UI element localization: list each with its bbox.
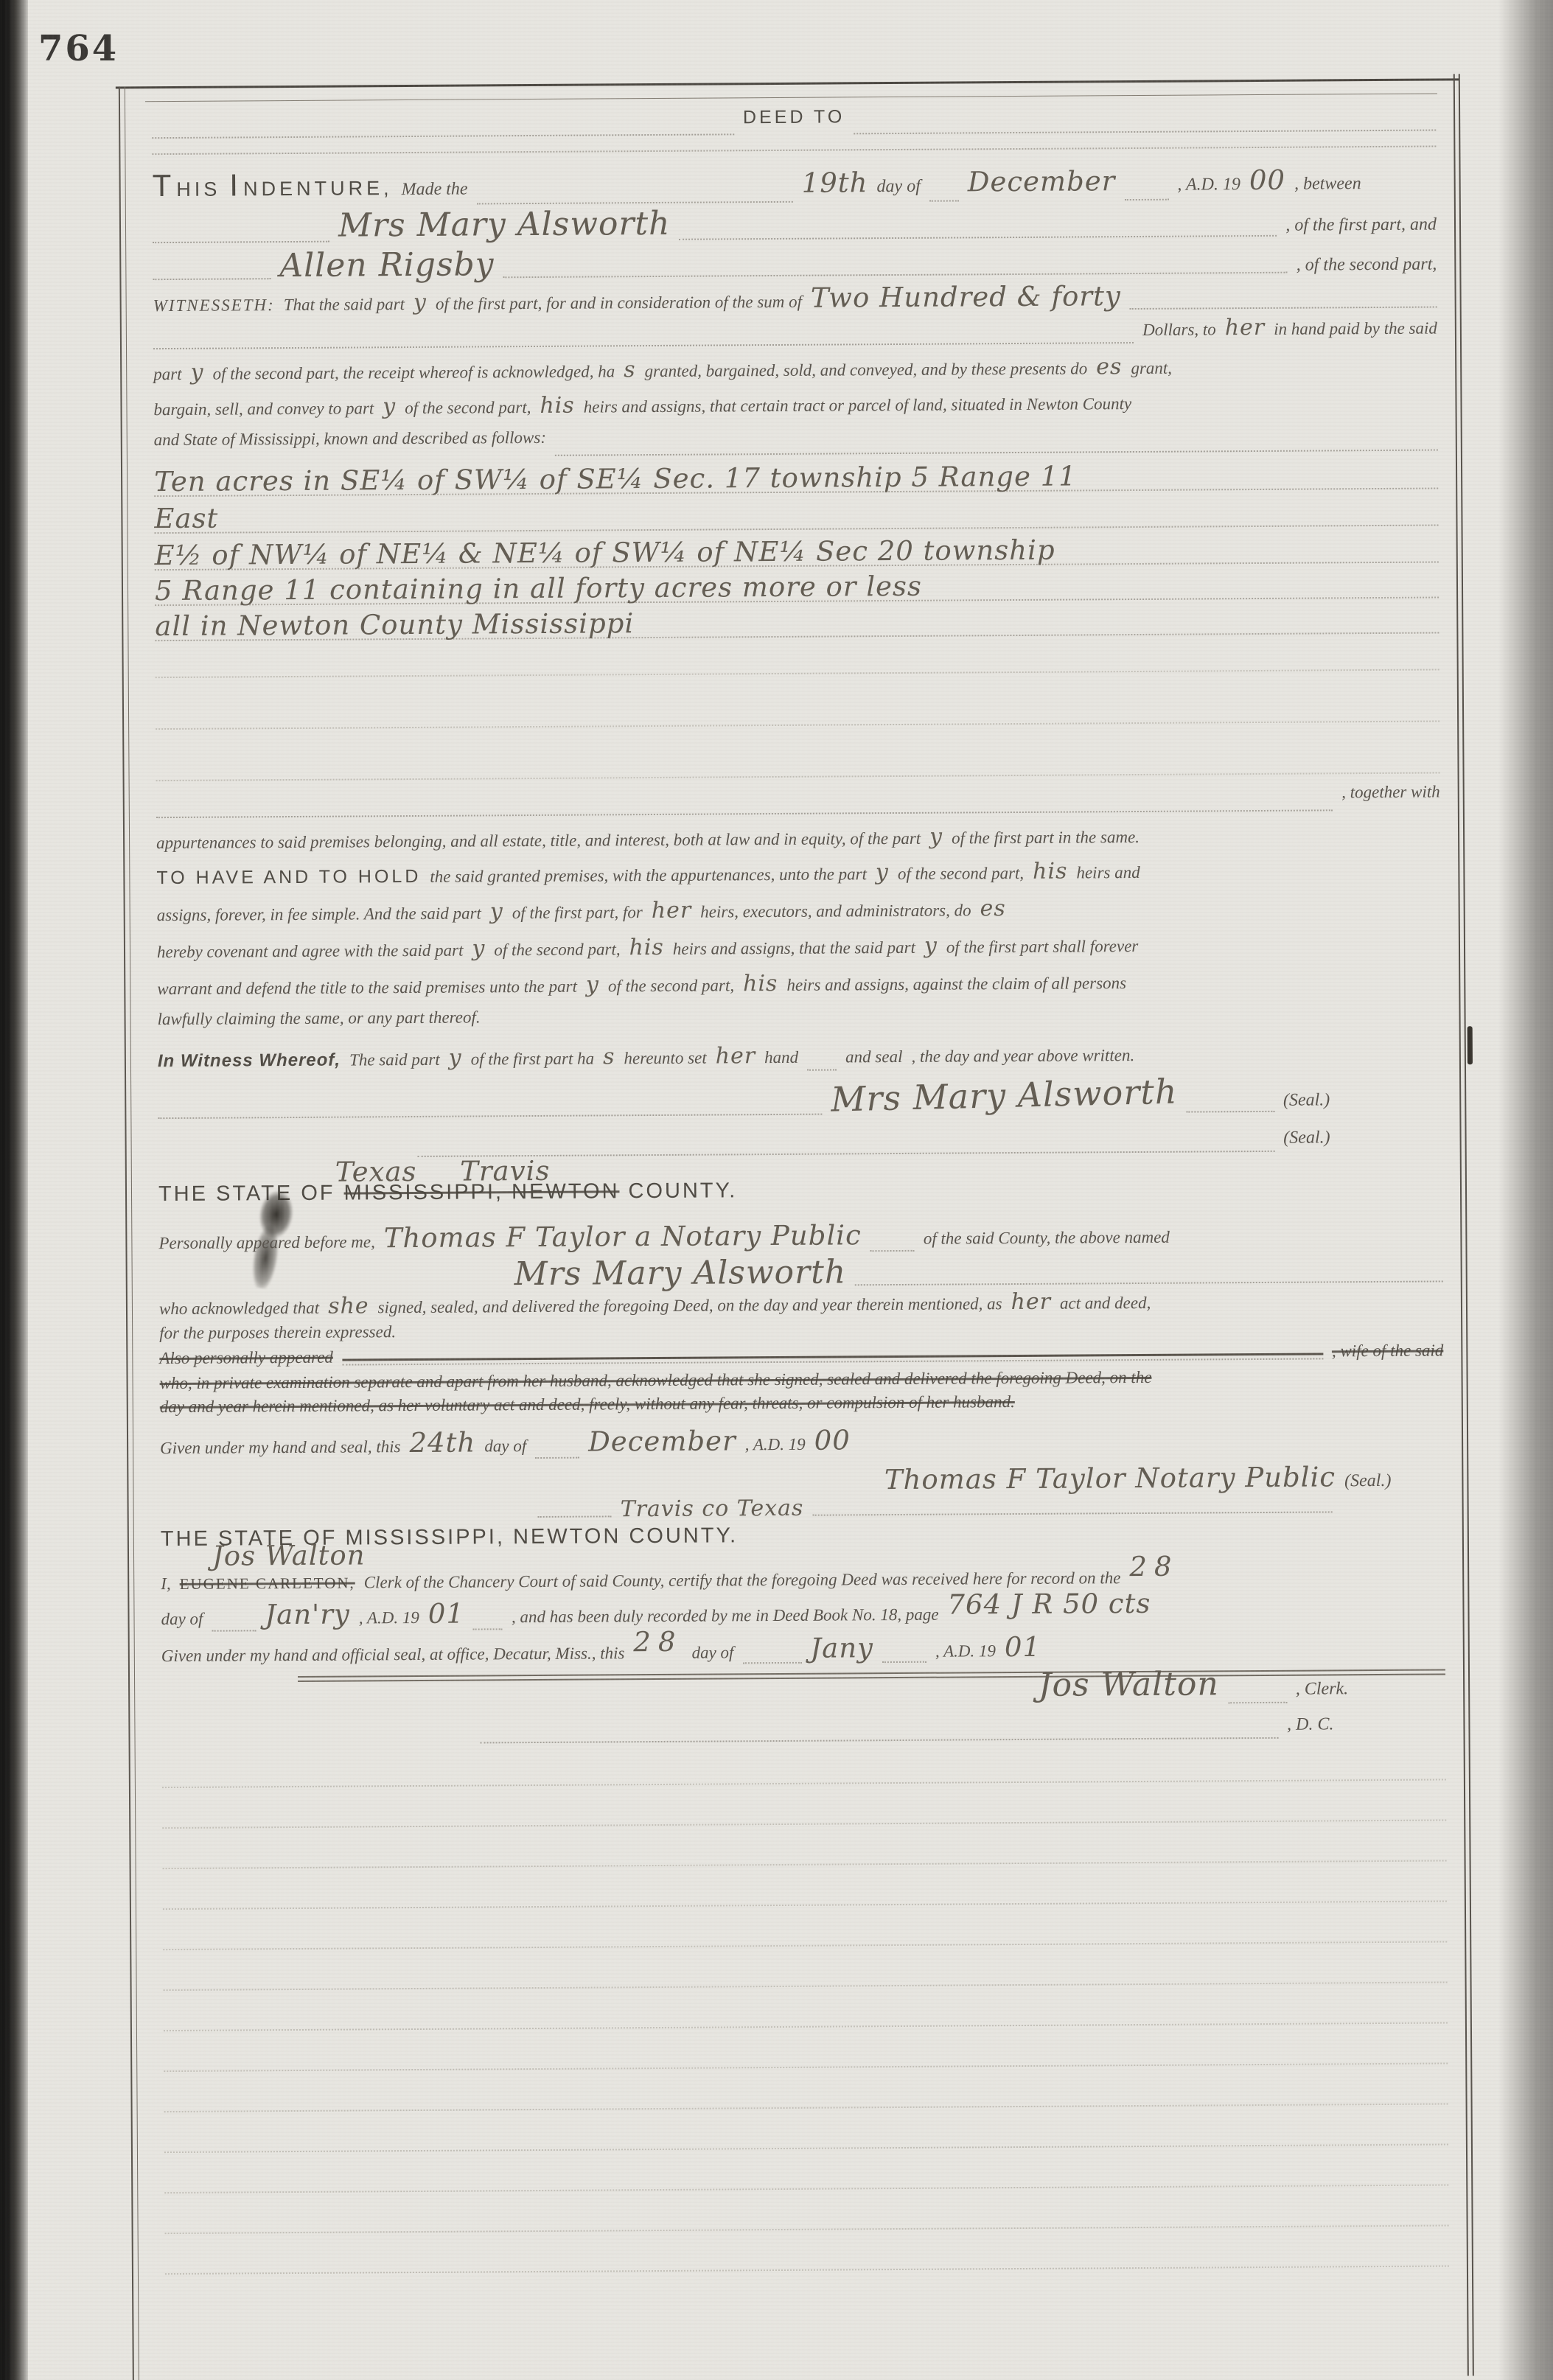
form-text: part [153,365,182,384]
dotted-fill [473,1622,503,1630]
blank-dotted-line [163,1851,1447,1874]
blank-dotted-line [156,652,1439,683]
handwritten-letter: es [980,896,1005,921]
form-text: of the second part, [494,940,620,960]
together-with-line: , together with [156,782,1440,824]
form-text: I, [161,1574,171,1594]
form-text: day of [161,1610,203,1629]
form-header: DEED TO [743,106,845,128]
blank-dotted-line [162,1770,1446,1793]
form-text: for the purposes therein expressed. [159,1322,396,1343]
dotted-fill [680,229,1277,240]
spacer [1339,1142,1442,1142]
form-text: warrant and defend the title to the said… [157,977,577,999]
form-text: of the second part, [405,398,531,418]
blank-dotted-line [164,2094,1448,2117]
handwritten-letter: y [490,898,503,924]
form-text: hand [764,1048,798,1067]
clerk-name-struck: EUGENE CARLETON, [180,1574,355,1594]
form-content: DEED TO T HIS I NDENTURE, Made the 19th … [152,74,1450,2380]
county-heading-text: COUNTY. [628,1179,737,1204]
notary-name: Thomas F Taylor a Notary Public [384,1219,862,1254]
clerk-signature-line: Jos Walton , Clerk. [161,1664,1445,1716]
dotted-fill [854,124,1436,135]
blank-dotted-line [164,2135,1448,2157]
form-text: of the second part, [898,864,1024,884]
form-text: and State of Mississippi, known and desc… [154,428,546,450]
handwritten-pronoun: her [1011,1289,1051,1315]
clerk-name-handwritten: Jos Walton [212,1539,366,1571]
handwritten-month: Jan'ry [265,1599,350,1631]
dotted-fill [742,1656,801,1664]
form-text: of the first part ha [471,1050,595,1069]
handwritten-pronoun: his [540,393,575,419]
dotted-fill [535,1451,579,1459]
blank-dotted-line [164,2175,1448,2198]
form-text: the said granted premises, with the appu… [430,865,867,887]
form-text: act and deed, [1060,1294,1151,1313]
spacer [1370,189,1437,189]
handwritten-year: 01 [428,1598,464,1630]
form-text: hereunto set [624,1049,706,1069]
form-text: Made the [401,180,467,200]
dotted-fill [156,803,1333,818]
blank-dotted-line [164,2053,1448,2076]
title-word: NDENTURE, [243,177,393,200]
title-initial: I [229,167,242,203]
handwritten-day: 28 [633,1626,683,1658]
acknowledged-name: Mrs Mary Alsworth [514,1253,847,1293]
dotted-fill [855,1274,1443,1285]
seal-label: (Seal.) [1283,1090,1330,1110]
handwritten-state-county: Texas Travis [335,1155,551,1188]
spacer [161,1517,529,1519]
dotted-fill [481,1731,1279,1744]
form-text: bargain, sell, and convey to part [153,399,374,419]
land-description-text: East [154,503,218,535]
land-description-line: Ten acres in SE¼ of SW¼ of SE¼ Sec. 17 t… [154,458,1438,501]
frame-right-rule [1453,74,1474,2376]
spacer [161,1696,1030,1701]
land-description-text: Ten acres in SE¼ of SW¼ of SE¼ Sec. 17 t… [154,460,1077,498]
form-text: signed, sealed, and delivered the forego… [378,1294,1002,1317]
handwritten-letter: y [190,360,203,385]
habendum-line-4: warrant and defend the title to the said… [157,966,1441,1008]
handwritten-letter: y [586,971,599,997]
grantor-signature-line: Mrs Mary Alsworth (Seal.) [158,1072,1442,1125]
form-text: of the said County, the above named [924,1228,1170,1249]
form-text: That the said part [284,295,405,315]
appurtenances-line: appurtenances to said premises belonging… [156,820,1440,862]
land-description-line: all in Newton County Mississippi [155,602,1439,646]
handwritten-month: December [968,165,1116,198]
dotted-fill [1228,1696,1287,1703]
form-text: heirs and assigns, that the said part [673,938,915,959]
handwritten-letter: y [924,933,938,959]
dotted-fill [158,1108,822,1120]
habendum-line-3: hereby covenant and agree with the said … [157,929,1441,971]
grantee-name: Allen Rigsby [279,245,495,285]
handwritten-letter: y [413,290,427,315]
deputy-clerk-label: , D. C. [1287,1714,1334,1734]
struck-dotted-fill [342,1349,1323,1365]
spacer [1342,1728,1445,1729]
blank-dotted-line [164,2013,1448,2036]
spacer [162,1735,472,1737]
form-text: , Clerk. [1296,1679,1348,1699]
form-text: who acknowledged that [159,1299,319,1319]
habendum-line-2: assigns, forever, in fee simple. And the… [157,893,1441,935]
form-text: grant, [1131,359,1172,378]
dotted-fill [870,1244,915,1252]
blank-dotted-line [164,1972,1448,1995]
form-text: of the first part shall forever [946,937,1139,957]
granting-line-2: bargain, sell, and convey to part y of t… [153,388,1437,430]
grantor-name: Mrs Mary Alsworth [338,205,671,245]
form-text: Given under my hand and seal, this [160,1437,401,1458]
form-text: of the first part, for and in considerat… [436,293,802,314]
blank-dotted-line [162,1810,1446,1833]
handwritten-year: 00 [814,1424,851,1456]
blank-dotted-line [163,1891,1447,1914]
handwritten-letter: y [472,935,485,961]
dotted-fill [152,128,734,139]
handwritten-year: 01 [1005,1631,1041,1663]
handwritten-pronoun: her [1225,315,1266,341]
handwritten-letter: es [1096,354,1122,380]
deputy-clerk-line: , D. C. [161,1714,1445,1751]
form-text: , A.D. 19 [359,1608,419,1628]
handwritten-pronoun: her [652,898,692,924]
dotted-fill [153,235,329,243]
form-text: day of [484,1437,526,1456]
handwritten-month: December [588,1425,736,1457]
handwritten-letter: s [624,357,636,383]
consideration-amount: Two Hundred & forty [811,280,1121,314]
blank-dotted-line [156,755,1439,786]
granting-line-3: and State of Mississippi, known and desc… [154,423,1438,465]
form-header-line: DEED TO [152,103,1436,145]
form-text: , of the first part, and [1285,215,1437,236]
dotted-fill [1124,193,1168,200]
handwritten-pronoun: his [743,971,778,997]
spacer [1341,1511,1445,1512]
handwritten-year: 00 [1249,164,1285,196]
seal-label: (Seal.) [1344,1471,1391,1491]
struck-form-text: , wife of the said [1332,1341,1444,1361]
form-text: , and has been duly recorded by me in De… [512,1605,939,1627]
to-have-and-hold-label: TO HAVE AND TO HOLD [156,866,421,889]
spacer [1339,1104,1442,1105]
form-text: of the first part in the same. [952,828,1140,848]
land-description-text: all in Newton County Mississippi [155,607,634,642]
handwritten-month: Jany [810,1632,873,1664]
handwritten-letter: y [876,859,889,885]
handwritten-pronoun: she [328,1293,369,1319]
dotted-fill [555,443,1438,456]
blank-dotted-line [165,2216,1449,2238]
form-text: heirs and [1076,863,1140,883]
habendum-line-5: lawfully claiming the same, or any part … [157,1002,1441,1044]
dotted-fill [1186,1105,1274,1113]
form-text: day of [876,177,920,197]
dotted-fill [153,272,271,280]
scanned-deed-page: 764 DEED TO T HIS I NDENTURE, Made the 1… [0,0,1553,2380]
handwritten-day: 28 [1129,1551,1179,1582]
handwritten-letter: y [929,824,943,850]
dotted-fill [929,194,959,201]
form-text: Dollars, to [1142,320,1216,340]
blank-dotted-line [156,704,1439,734]
form-text: , together with [1341,782,1440,802]
struck-form-text: Also personally appeared [159,1348,333,1368]
dotted-fill [807,1063,837,1070]
handwritten-pronoun: her [716,1043,756,1069]
form-text: , A.D. 19 [745,1435,806,1455]
dotted-fill [812,1505,1332,1515]
dotted-fill [1130,301,1437,310]
granting-line-1: part y of the second part, the receipt w… [153,352,1437,394]
book-page-notation: 764 J R 50 cts [947,1588,1151,1621]
handwritten-letter: y [383,394,396,419]
dotted-fill [882,1655,926,1663]
blank-dotted-line [165,2256,1449,2279]
form-text: lawfully claiming the same, or any part … [157,1008,480,1029]
form-text: heirs and assigns, that certain tract or… [584,394,1132,417]
form-text: , the day and year above written. [911,1046,1134,1067]
handwritten-letter: y [449,1045,462,1071]
seal-label: (Seal.) [1283,1128,1330,1148]
handwritten-pronoun: his [629,935,664,960]
witnesseth-label: WITNESSETH: [153,296,275,315]
form-text: heirs, executors, and administrators, do [700,901,971,921]
dotted-fill [538,1510,612,1518]
frame-left-rule [119,86,139,2380]
form-text: heirs and assigns, against the claim of … [786,974,1126,995]
spacer [159,1285,506,1287]
state-heading-text: THE STATE OF [158,1182,335,1207]
form-text: of the second part, the receipt whereof … [212,362,615,383]
dotted-fill [477,195,793,205]
handwritten-day: 24th [409,1427,475,1459]
handwritten-letter: s [603,1044,615,1069]
land-description-text: E½ of NW¼ of NE¼ & NE¼ of SW¼ of NE¼ Sec… [155,534,1055,571]
dollars-line: Dollars, to her in hand paid by the said [153,314,1437,356]
form-text: , A.D. 19 [935,1641,996,1661]
notary-given-line: Given under my hand and seal, this 24th … [160,1420,1444,1467]
form-text: granted, bargained, sold, and conveyed, … [645,359,1088,381]
notary-signature: Thomas F Taylor Notary Public [884,1461,1336,1496]
title-word: HIS [176,178,220,201]
form-text: of the second part, [608,976,734,996]
spacer [1357,1693,1445,1694]
form-text: in hand paid by the said [1274,319,1437,339]
form-text: of the first part, for [512,903,643,923]
handwritten-day: 19th [802,167,868,199]
form-text: , A.D. 19 [1177,175,1240,195]
ink-mark [1468,1026,1473,1064]
land-description-line: East [154,495,1438,538]
form-text: Given under my hand and official seal, a… [161,1644,625,1666]
form-text: Personally appeared before me, [158,1232,375,1253]
form-text: and seal [845,1047,902,1067]
spacer [158,1148,409,1150]
land-description-text: 5 Range 11 containing in all forty acres… [155,570,922,607]
in-witness-label: In Witness Whereof, [158,1050,341,1072]
habendum-line-1: TO HAVE AND TO HOLD the said granted pre… [156,856,1440,898]
spacer [160,1489,875,1493]
dotted-fill [212,1624,256,1631]
form-sheet: DEED TO T HIS I NDENTURE, Made the 19th … [0,0,1553,2380]
dotted-fill [153,336,1134,349]
grantor-signature: Mrs Mary Alsworth [830,1072,1177,1120]
form-text: hereby covenant and agree with the said … [157,941,464,963]
acknowledgment-state-heading: THE STATE OF MISSISSIPPI, NEWTON COUNTY.… [158,1174,1442,1221]
handwritten-pronoun: his [1033,859,1068,884]
title-initial: T [153,168,175,203]
form-text: assigns, forever, in fee simple. And the… [157,904,481,925]
form-text: appurtenances to said premises belonging… [156,829,921,853]
form-text: The said part [349,1050,440,1070]
blank-dotted-line [163,1932,1447,1955]
form-text: day of [691,1643,733,1662]
dotted-fill [503,266,1288,278]
notary-location: Travis co Texas [621,1496,804,1523]
form-text: , between [1294,174,1361,195]
clerk-signature: Jos Walton [1039,1665,1219,1703]
form-text: , of the second part, [1297,255,1437,276]
